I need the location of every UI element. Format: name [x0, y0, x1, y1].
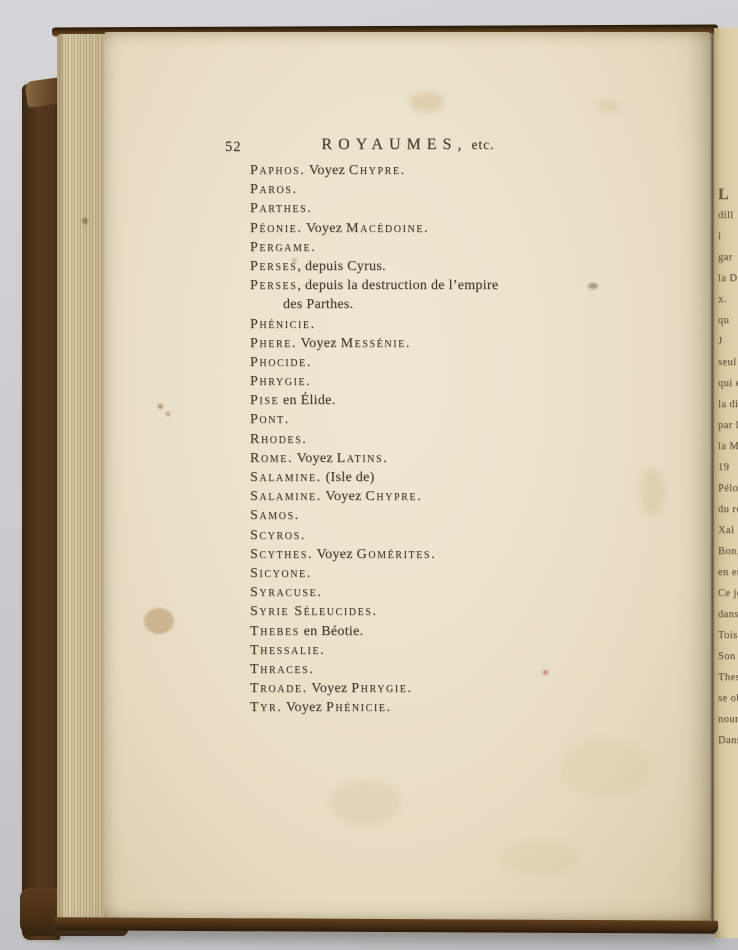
fragment-line: par le [718, 415, 738, 436]
entry-line: Thebes en Béotie. [250, 622, 670, 641]
fragment-line: gar [718, 247, 738, 268]
fragment-line: dill [718, 205, 738, 226]
fragment-line: Xal [718, 520, 738, 541]
entry-smallcaps-text: Paros. [250, 182, 298, 197]
entry-line: Salamine. (Isle de) [250, 468, 670, 487]
entry-plain-text: Voyez [282, 700, 326, 715]
entry-smallcaps-text: Samos. [250, 508, 300, 523]
entry-smallcaps-text: Syrie Séleucides. [250, 604, 378, 619]
fragment-line: Ce je [718, 583, 738, 604]
entry-smallcaps-text: Phrygie. [351, 681, 412, 696]
running-title: ROYAUMES,etc. [104, 136, 712, 154]
running-title-etc: etc. [471, 137, 494, 152]
fragment-line: seul [718, 352, 738, 373]
entry-line: Tyr. Voyez Phénicie. [250, 698, 670, 717]
entry-line: Péonie. Voyez Macédoine. [250, 219, 670, 238]
entry-smallcaps-text: Paphos. [250, 163, 305, 178]
photo-background: 52 ROYAUMES,etc. Paphos. Voyez Chypre.Pa… [0, 0, 738, 950]
entry-smallcaps-text: Salamine. [250, 489, 322, 504]
fragment-line: en eut [718, 562, 738, 583]
fragment-line: Bon, [718, 541, 738, 562]
entry-line: Phere. Voyez Messénie. [250, 334, 670, 353]
fragment-line: x. [718, 289, 738, 310]
entry-plain-text: Voyez [305, 163, 349, 178]
entry-line: Scythes. Voyez Gomérites. [250, 545, 670, 564]
entry-line: Parthes. [250, 199, 670, 218]
fragment-line: Son fr [718, 646, 738, 667]
entry-smallcaps-text: Pont. [250, 412, 290, 427]
book-cover-left-edge [22, 84, 60, 940]
entry-line: Pise en Élide. [250, 391, 670, 410]
entry-line: Rhodes. [250, 430, 670, 449]
entry-line: Paros. [250, 180, 670, 199]
entry-smallcaps-text: Messénie. [341, 336, 411, 351]
entry-line: Salamine. Voyez Chypre. [250, 487, 670, 506]
entry-smallcaps-text: Pise [250, 393, 279, 408]
fragment-line: nourric [718, 709, 738, 730]
entry-smallcaps-text: Phocide. [250, 355, 312, 370]
entry-smallcaps-text: Péonie. [250, 221, 302, 236]
entry-smallcaps-text: Phénicie. [250, 317, 316, 332]
entry-smallcaps-text: Chypre. [365, 489, 422, 504]
entry-smallcaps-text: Pergame. [250, 240, 316, 255]
entry-smallcaps-text: Chypre. [349, 163, 406, 178]
entry-line: Perses, depuis Cyrus. [250, 257, 670, 276]
entry-line: Scyros. [250, 526, 670, 545]
entry-list: Paphos. Voyez Chypre.Paros.Parthes.Péoni… [250, 161, 670, 717]
fragment-line: la dis [718, 394, 738, 415]
entry-smallcaps-text: Gomérites. [357, 547, 437, 562]
entry-smallcaps-text: Phénicie. [326, 700, 392, 715]
entry-smallcaps-text: Parthes. [250, 201, 312, 216]
fragment-line: qui é [718, 373, 738, 394]
entry-line: Perses, depuis la destruction de l’empir… [250, 276, 670, 295]
entry-plain-text: Voyez [293, 451, 337, 466]
entry-smallcaps-text: Sicyone. [250, 566, 312, 581]
fragment-line: du ro [718, 499, 738, 520]
entry-plain-text: Voyez [308, 681, 352, 696]
next-page-text-fragments: Ldilligarla Dx.quJseulqui éla dispar lel… [718, 184, 738, 751]
fragment-line: se oblige [718, 688, 738, 709]
running-title-caps: ROYAUMES, [321, 136, 467, 153]
entry-plain-text: Voyez [302, 221, 346, 236]
entry-smallcaps-text: Tyr. [250, 700, 282, 715]
entry-line: Syrie Séleucides. [250, 602, 670, 621]
entry-plain-text: Voyez [322, 489, 366, 504]
entry-smallcaps-text: Salamine. [250, 470, 322, 485]
fragment-line: Toise [718, 625, 738, 646]
entry-line: Rome. Voyez Latins. [250, 449, 670, 468]
fragment-line: la D [718, 268, 738, 289]
entry-smallcaps-text: Phrygie. [250, 374, 311, 389]
fragment-line: la Mac [718, 436, 738, 457]
entry-smallcaps-text: Troade. [250, 681, 308, 696]
entry-smallcaps-text: Phere. [250, 336, 297, 351]
entry-smallcaps-text: Perses [250, 259, 297, 274]
entry-plain-text: , depuis la destruction de l’empire [297, 278, 498, 293]
entry-line: Thessalie. [250, 641, 670, 660]
next-page-sliver: Ldilligarla Dx.quJseulqui éla dispar lel… [714, 28, 738, 938]
fragment-line: 19 [718, 457, 738, 478]
fragment-line: Dans la [718, 730, 738, 751]
fragment-line: dans l’Ég [718, 604, 738, 625]
entry-line: Syracuse. [250, 583, 670, 602]
book-page: 52 ROYAUMES,etc. Paphos. Voyez Chypre.Pa… [104, 32, 712, 924]
entry-line: Phocide. [250, 353, 670, 372]
book-bottom-edge [54, 917, 718, 933]
entry-plain-text: Voyez [313, 547, 357, 562]
entry-smallcaps-text: Thraces. [250, 662, 314, 677]
entry-smallcaps-text: Rhodes. [250, 432, 307, 447]
entry-smallcaps-text: Thessalie. [250, 643, 325, 658]
entry-smallcaps-text: Perses [250, 278, 297, 293]
entry-smallcaps-text: Rome. [250, 451, 293, 466]
entry-line: des Parthes. [250, 295, 670, 314]
entry-line: Samos. [250, 506, 670, 525]
entry-line: Paphos. Voyez Chypre. [250, 161, 670, 180]
entry-plain-text: en Élide. [279, 393, 335, 408]
fragment-line: Pélop [718, 478, 738, 499]
entry-line: Pont. [250, 410, 670, 429]
entry-plain-text: , depuis Cyrus. [297, 259, 386, 274]
entry-smallcaps-text: Scythes. [250, 547, 313, 562]
entry-plain-text: des Parthes. [283, 297, 353, 312]
page-stack-fore-edge [57, 34, 107, 930]
fragment-line: J [718, 331, 738, 352]
entry-smallcaps-text: Syracuse. [250, 585, 322, 600]
fragment-line: i [718, 226, 738, 247]
entry-plain-text: (Isle de) [322, 470, 375, 485]
entry-smallcaps-text: Latins. [337, 451, 389, 466]
entry-smallcaps-text: Macédoine. [346, 221, 429, 236]
entry-plain-text: Voyez [297, 336, 341, 351]
fragment-line: Thessalie [718, 667, 738, 688]
entry-smallcaps-text: Thebes [250, 624, 300, 639]
entry-plain-text: en Béotie. [300, 624, 364, 639]
entry-line: Troade. Voyez Phrygie. [250, 679, 670, 698]
entry-smallcaps-text: Scyros. [250, 528, 306, 543]
entry-line: Pergame. [250, 238, 670, 257]
entry-line: Phénicie. [250, 315, 670, 334]
entry-line: Sicyone. [250, 564, 670, 583]
fragment-line: qu [718, 310, 738, 331]
fragment-line: L [718, 184, 738, 205]
entry-line: Phrygie. [250, 372, 670, 391]
entry-line: Thraces. [250, 660, 670, 679]
